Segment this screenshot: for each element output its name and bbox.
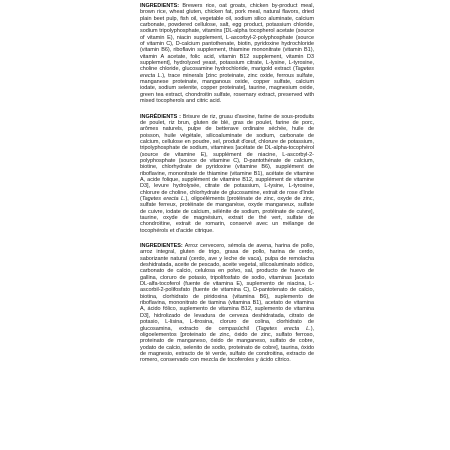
ingredients-paragraph-english: INGREDIENTS: Brewers rice, oat groats, c… xyxy=(140,3,314,105)
ingredients-text-french-before-species: Brisure de riz, gruau d'avoine, farine d… xyxy=(140,114,314,202)
ingredients-text-spanish-after-species: ), oligoelementos [proteinato de zinc, ó… xyxy=(140,326,314,364)
label-text-column: INGREDIENTS: Brewers rice, oat groats, c… xyxy=(140,3,314,373)
ingredients-paragraph-french: INGRÉDIENTS : Brisure de riz, gruau d'av… xyxy=(140,114,314,235)
ingredients-label-page: INGREDIENTS: Brewers rice, oat groats, c… xyxy=(0,0,450,450)
ingredients-heading-english: INGREDIENTS: xyxy=(140,3,179,9)
species-latin-name-french: Tagetes erecta L. xyxy=(142,196,186,202)
ingredients-heading-spanish: INGREDIENTES: xyxy=(140,243,183,249)
ingredients-paragraph-spanish: INGREDIENTES: Arroz cervecero, sémola de… xyxy=(140,243,314,364)
ingredients-text-french-after-species: ), oligoéléments [protéinate de zinc, ox… xyxy=(140,196,314,234)
species-latin-name-spanish: Tagetes erecta L. xyxy=(258,326,311,332)
ingredients-text-spanish-before-species: Arroz cervecero, sémola de avena, harina… xyxy=(140,243,314,331)
ingredients-text-english-after-species: ), trace minerals [zinc proteinate, zinc… xyxy=(140,73,314,104)
ingredients-text-english-before-species: Brewers rice, oat groats, chicken by-pro… xyxy=(140,3,314,72)
ingredients-heading-french: INGRÉDIENTS : xyxy=(140,114,181,120)
